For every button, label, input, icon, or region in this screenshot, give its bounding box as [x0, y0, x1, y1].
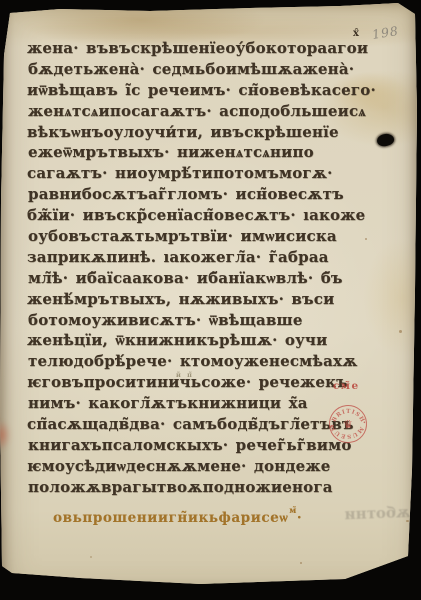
text-line: ежеѿмрътвыхъ· ниженѧтсѧнипо: [28, 142, 379, 163]
british-museum-stamp: BRITISH MUSEUM ♛: [326, 402, 370, 446]
text-line: ѥговъпроситиничьсоже· речежекъ: [27, 372, 379, 393]
text-line: заприкѫпинѣ. ıакожегл̃а· г̃абраа: [27, 247, 379, 268]
text-line: женѣ́мрътвыхъ, нѫживыхъ· въси: [27, 289, 379, 310]
verso-showthrough-text: Сѫботни: [283, 503, 421, 526]
text-line: вѣкъѡнъоулоучи́ти, ивъскрѣшенїе: [27, 122, 379, 143]
stamp-crown-icon: ♛: [342, 418, 353, 432]
foxing-speck: [406, 520, 409, 522]
text-line: бж̃їи· ивъскр̃сенїасн̃овесѫтъ· ıакоже: [27, 205, 379, 226]
foxing-speck: [90, 556, 92, 558]
text-line: бѫдетьжена̀· седмьбоимѣшѫажена̀·: [28, 59, 379, 80]
text-line: ботомоуживисѫтъ· ѿвѣщавше: [28, 310, 379, 331]
rubric-heading: овьпрошениигн̃икьфарисеѡм̃·: [53, 505, 302, 526]
parchment-page: жена· въвъскрѣшенїеоу́бокотораагои бѫдет…: [0, 0, 421, 600]
red-ink-smudge: [0, 420, 11, 450]
rubric-text: овьпрошениигн̃икьфарисеѡ: [53, 510, 288, 526]
folio-number-pencil: 198: [371, 23, 400, 42]
text-line: телюдобрѣ́рече· ктомоуженесмѣахѫ: [28, 351, 379, 372]
text-line: положѫврагытвоѫподножиенога: [28, 477, 379, 498]
line1-superscript-letter: х̑: [353, 28, 359, 39]
text-line: женѣцїи, ѿкнижникърѣшѫ· оучи: [27, 330, 379, 351]
text-line: мл̃ѣ· иб̃аїсаакова· иб̃анїакѡвлѣ· б̃ъ: [28, 268, 379, 289]
text-line: равнибосѫтъаг̃гломъ· исн̃овесѫтъ: [28, 184, 379, 205]
marginal-section-number-red: см̃е: [333, 380, 360, 392]
foxing-speck: [300, 562, 302, 564]
text-line: книгахъпсаломскыхъ· речег̃ьг̃вимо: [28, 435, 379, 456]
interlinear-gloss: и̃ п̃: [176, 371, 194, 379]
foxing-speck: [399, 330, 402, 333]
text-line: женѧтсѧипосагаѫтъ· асподобльшеисѧ: [28, 101, 379, 122]
text-line: жена· въвъскрѣшенїеоу́бокотораагои: [27, 38, 379, 59]
main-text-block: жена· въвъскрѣшенїеоу́бокотораагои бѫдет…: [27, 38, 379, 498]
text-line: ѥмоусѣдиѡдеснѫѫмене· дондеже: [27, 456, 379, 477]
foxing-speck: [365, 238, 367, 240]
text-line: сагаѫтъ· ниоумрѣ́типотомъмогѫ·: [27, 163, 379, 184]
text-line: оубовъстаѫтьмрътвїи· имѡисиска: [28, 226, 379, 247]
text-line: иѿвѣщавъ і̃с речеимъ· сн̃овевѣкасего·: [27, 80, 379, 101]
manuscript-photo: жена· въвъскрѣшенїеоу́бокотораагои бѫдет…: [0, 0, 421, 600]
